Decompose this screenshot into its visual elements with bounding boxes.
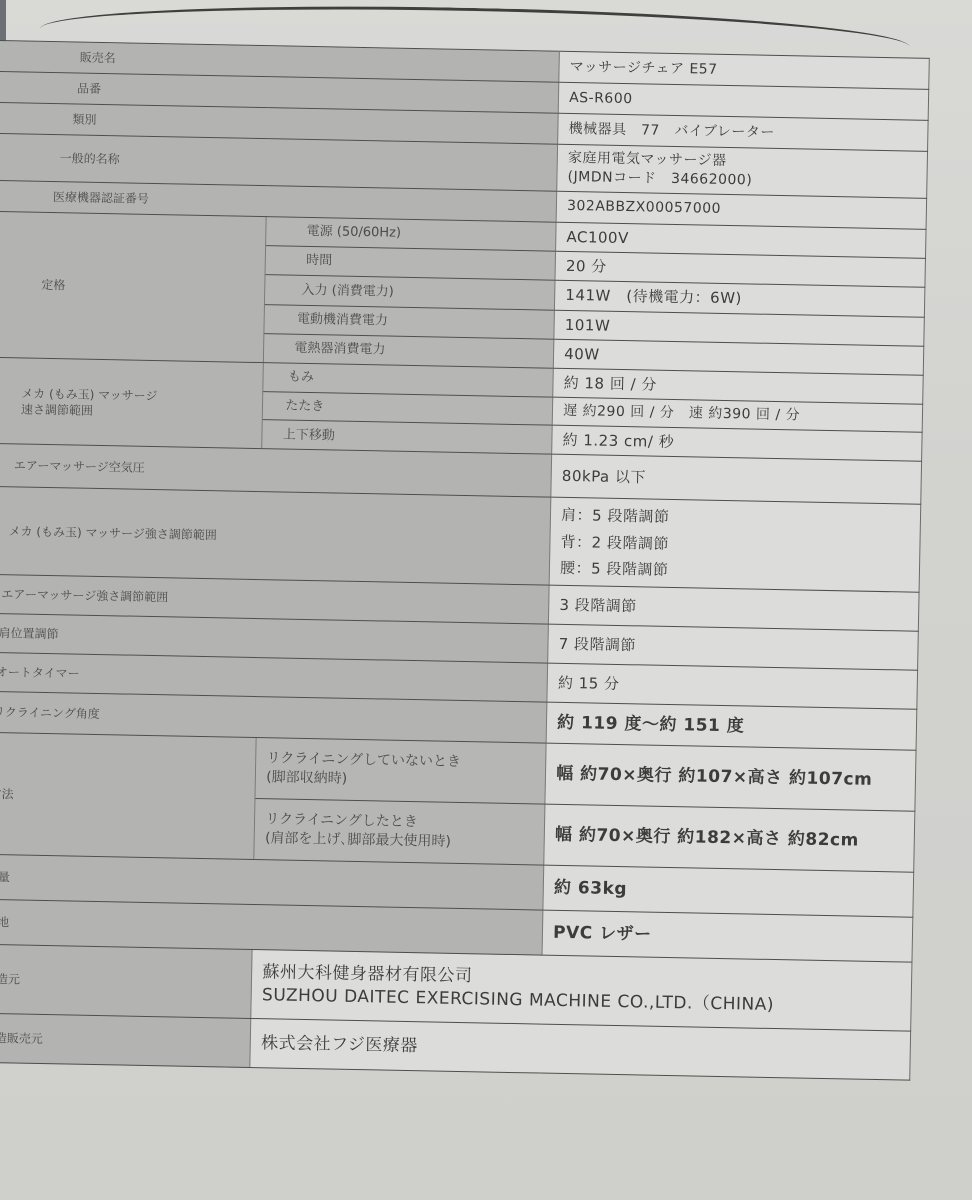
value-line: 腰：5 段階調節 bbox=[560, 555, 909, 588]
row-label: 製造元 bbox=[0, 945, 252, 1019]
label-line: (肩部を上げ､脚部最大使用時) bbox=[265, 829, 534, 853]
row-value: 約 119 度〜約 151 度 bbox=[546, 702, 917, 750]
sub-label: リクライニングしたとき (肩部を上げ､脚部最大使用時) bbox=[254, 799, 545, 866]
group-label-rating: 定格 bbox=[0, 211, 266, 362]
row-value: PVC レザー bbox=[542, 910, 913, 962]
row-value: 家庭用電気マッサージ器 (JMDNコード 34662000) bbox=[557, 144, 928, 198]
row-value: 幅 約70×奥行 約107×高さ 約107cm bbox=[545, 743, 916, 811]
row-value: 80kPa 以下 bbox=[551, 455, 922, 505]
spec-table: 販売名 マッサージチェア E57 品番 AS-R600 類別 機械器具 77 バ… bbox=[0, 40, 930, 1081]
row-value: 約 63kg bbox=[543, 865, 914, 917]
label-line: 速さ調節範囲 bbox=[21, 401, 253, 422]
row-value: 蘇州大科健身器材有限公司 SUZHOU DAITEC EXERCISING MA… bbox=[251, 950, 912, 1032]
label-line: (脚部収納時) bbox=[266, 768, 535, 792]
spec-table-container: 販売名 マッサージチェア E57 品番 AS-R600 類別 機械器具 77 バ… bbox=[0, 40, 930, 1081]
group-label-dimensions: 寸法 bbox=[0, 733, 256, 860]
row-value: 幅 約70×奥行 約182×高さ 約82cm bbox=[544, 804, 915, 872]
row-label: メカ (もみ玉) マッサージ強さ調節範囲 bbox=[0, 487, 551, 585]
row-value: 肩：5 段階調節 背：2 段階調節 腰：5 段階調節 bbox=[549, 498, 920, 593]
row-label: 製造販売元 bbox=[0, 1013, 251, 1067]
sub-label: リクライニングしていないとき (脚部収納時) bbox=[255, 738, 546, 805]
group-label-mecha-speed: メカ (もみ玉) マッサージ 速さ調節範囲 bbox=[0, 357, 264, 449]
